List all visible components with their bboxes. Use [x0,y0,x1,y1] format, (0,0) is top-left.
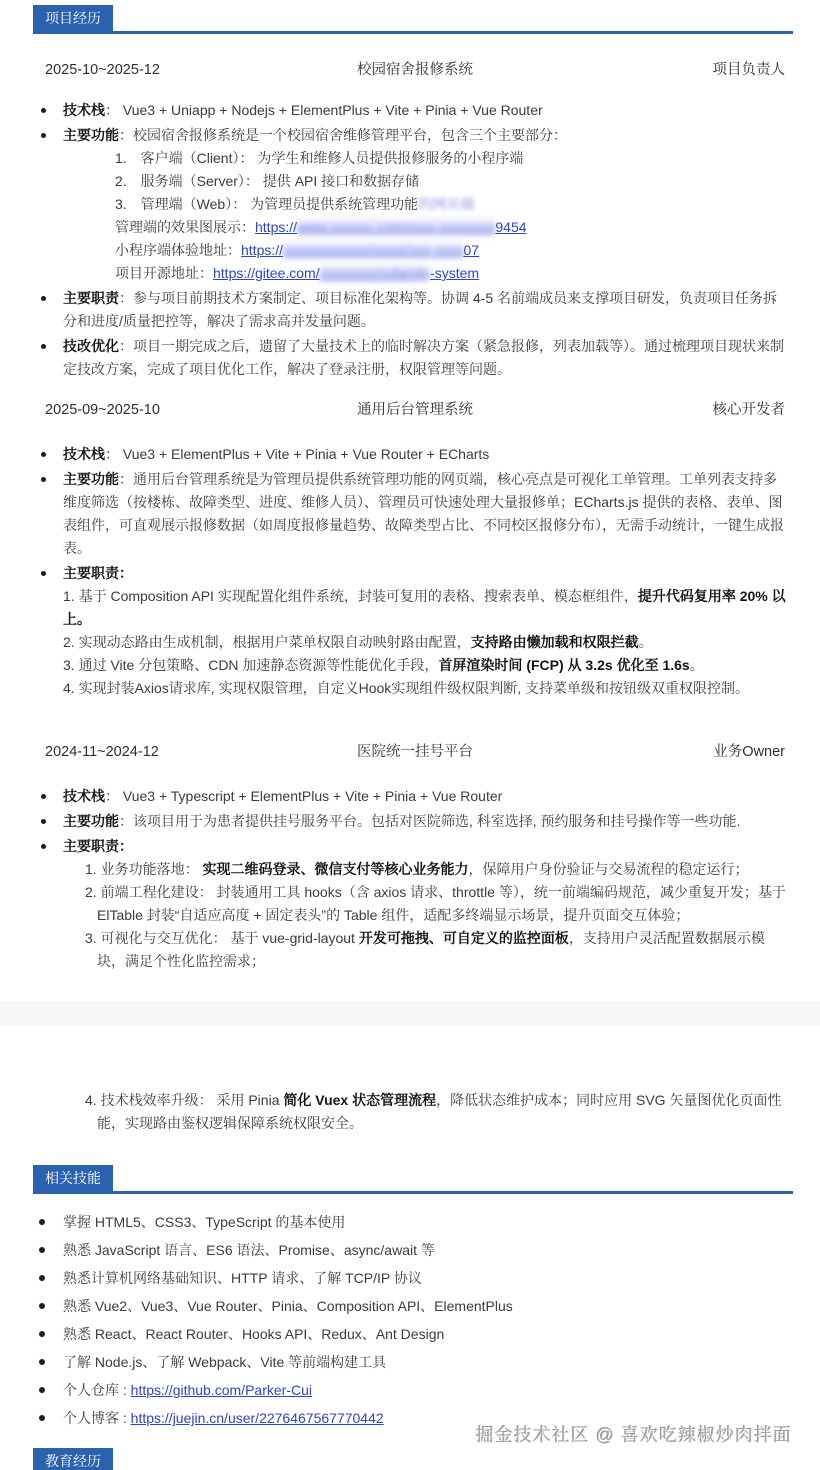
project1-role: 项目负责人 [561,58,785,79]
project1-title: 校园宿舍报修系统 [269,58,561,79]
miniapp-demo-link[interactable]: https://xxxxxxxxxxxx/xxxxx/xxx-xxxx07 [241,242,479,258]
opensource-link-line: 项目开源地址：https://gitee.com/xxxxxxxx/xxfami… [115,262,790,285]
duty-item-1: 1. 业务功能落地： 实现二维码登录、微信支付等核心业务能力，保障用户身份验证与… [85,858,790,881]
bullet-dot-icon [41,296,46,301]
skills-section-header: 相关技能 [33,1165,793,1194]
duty-label: 主要职责 [63,290,119,306]
project1-tech: 技术栈： Vue3 + Uniapp + Nodejs + ElementPlu… [63,99,790,122]
repo-label: 个人仓库 : [63,1382,131,1398]
tech-text: ： Vue3 + Typescript + ElementPlus + Vite… [105,788,502,804]
redacted-url-part: www.xxxxxx.com/xxxx-xxxxxxxx [297,219,495,235]
skills-section-badge: 相关技能 [33,1165,113,1191]
project3-duty-item-4: 4. 技术栈效率升级： 采用 Pinia 简化 Vuex 状态管理流程，降低状态… [85,1089,790,1135]
skill-item: 了解 Node.js、了解 Webpack、Vite 等前端构建工具 [63,1348,790,1376]
juejin-watermark: 掘金技术社区 @ 喜欢吃辣椒炒肉拌面 [476,1421,792,1447]
project3-features: 主要功能：该项目用于为患者提供挂号服务平台。包括对医院筛选, 科室选择, 预约服… [63,810,790,833]
projects-section-badge: 项目经历 [33,5,113,31]
github-profile-link[interactable]: https://github.com/Parker-Cui [131,1382,312,1398]
tech-text: ： Vue3 + ElementPlus + Vite + Pinia + Vu… [105,446,489,462]
project3-details: 技术栈： Vue3 + Typescript + ElementPlus + V… [63,785,790,973]
duty-item-3: 3. 通过 Vite 分包策略、CDN 加速静态资源等性能优化手段，首屏渲染时间… [63,654,790,677]
project2-title: 通用后台管理系统 [269,398,561,419]
features-text: ：该项目用于为患者提供挂号服务平台。包括对医院筛选, 科室选择, 预约服务和挂号… [119,813,740,829]
duty-item-4: 4. 实现封装Axios请求库, 实现权限管理，自定义Hook实现组件级权限判断… [63,677,790,700]
tech-label: 技术栈 [63,446,105,462]
bullet-dot-icon [41,344,46,349]
bullet-dot-icon [41,794,46,799]
bullet-dot-icon [41,108,46,113]
features-label: 主要功能 [63,813,119,829]
resume-page: 项目经历 2025-10~2025-12 校园宿舍报修系统 项目负责人 技术栈：… [0,0,820,1470]
feature-web: 3. 管理端（Web）： 为管理员提供系统管理功能的网页端 [115,193,790,216]
redacted-text: 的网页端 [418,196,474,212]
duty-item-2: 2. 前端工程化建设： 封装通用工具 hooks（含 axios 请求、thro… [85,881,790,927]
project1-feature-sublist: 1. 客户端（Client）： 为学生和维修人员提供报修服务的小程序端 2. 服… [115,147,790,285]
bullet-dot-icon [39,1415,45,1421]
duty-item-2: 2. 实现动态路由生成机制，根据用户菜单权限自动映射路由配置，支持路由懒加载和权… [63,631,790,654]
education-section-header: 教育经历 [33,1448,793,1470]
link-label: 小程序端体验地址： [115,242,241,258]
project1-header: 2025-10~2025-12 校园宿舍报修系统 项目负责人 [35,58,785,79]
feature-client: 1. 客户端（Client）： 为学生和维修人员提供报修服务的小程序端 [115,147,790,170]
project3-duty-list: 1. 业务功能落地： 实现二维码登录、微信支付等核心业务能力，保障用户身份验证与… [63,858,790,973]
project2-date: 2025-09~2025-10 [35,402,269,418]
project1-details: 技术栈： Vue3 + Uniapp + Nodejs + ElementPlu… [63,99,790,381]
feature-server: 2. 服务端（Server）： 提供 API 接口和数据存储 [115,170,790,193]
gitee-repo-link[interactable]: https://gitee.com/xxxxxxxx/xxfamily-syst… [213,265,479,281]
redacted-url-part: xxxxxxxxxxxx/xxxxx/xxx-xxxx [283,242,463,258]
duty-label: 主要职责 [63,838,119,854]
project1-optimization: 技改优化：项目一期完成之后，遗留了大量技术上的临时解决方案（紧急报修，列表加载等… [63,335,790,381]
skill-item-repo: 个人仓库 : https://github.com/Parker-Cui [63,1376,790,1404]
features-label: 主要功能 [63,471,119,487]
project3-duties: 主要职责： 1. 业务功能落地： 实现二维码登录、微信支付等核心业务能力，保障用… [63,835,790,973]
skill-item: 熟悉 Vue2、Vue3、Vue Router、Pinia、Compositio… [63,1292,790,1320]
features-label: 主要功能 [63,127,119,143]
project2-duty-list: 1. 基于 Composition API 实现配置化组件系统，封装可复用的表格… [63,585,790,700]
bullet-dot-icon [39,1247,45,1253]
project3-date: 2024-11~2024-12 [35,744,269,760]
juejin-blog-link[interactable]: https://juejin.cn/user/2276467567770442 [131,1410,384,1426]
blog-label: 个人博客 : [63,1410,131,1426]
bullet-dot-icon [39,1275,45,1281]
skills-list: 掌握 HTML5、CSS3、TypeScript 的基本使用 熟悉 JavaSc… [63,1208,790,1432]
bullet-dot-icon [39,1331,45,1337]
project3-title: 医院统一挂号平台 [269,740,561,761]
bullet-dot-icon [41,133,46,138]
project3-role: 业务Owner [561,740,785,761]
project1-duty: 主要职责：参与项目前期技术方案制定、项目标准化架构等。协调 4-5 名前端成员来… [63,287,790,333]
bullet-dot-icon [41,477,46,482]
education-section-badge: 教育经历 [33,1448,113,1470]
optimization-text: ：项目一期完成之后，遗留了大量技术上的临时解决方案（紧急报修，列表加载等）。通过… [63,338,784,377]
projects-section-header: 项目经历 [33,0,793,34]
duty-label: 主要职责 [63,565,119,581]
bullet-dot-icon [41,844,46,849]
page-break-band [0,1001,820,1025]
project1-features: 主要功能：校园宿舍报修系统是一个校园宿舍维修管理平台，包含三个主要部分： 1. … [63,124,790,285]
tech-label: 技术栈 [63,788,105,804]
skill-item: 掌握 HTML5、CSS3、TypeScript 的基本使用 [63,1208,790,1236]
tech-label: 技术栈 [63,102,105,118]
project2-tech: 技术栈： Vue3 + ElementPlus + Vite + Pinia +… [63,443,790,466]
tech-text: ： Vue3 + Uniapp + Nodejs + ElementPlus +… [105,102,543,118]
project2-duties: 主要职责： 1. 基于 Composition API 实现配置化组件系统，封装… [63,562,790,700]
project2-header: 2025-09~2025-10 通用后台管理系统 核心开发者 [35,398,785,419]
bullet-dot-icon [41,571,46,576]
duty-item-1: 1. 基于 Composition API 实现配置化组件系统，封装可复用的表格… [63,585,790,631]
project2-details: 技术栈： Vue3 + ElementPlus + Vite + Pinia +… [63,443,790,700]
project2-role: 核心开发者 [561,398,785,419]
project1-date: 2025-10~2025-12 [35,62,269,78]
skill-item: 熟悉计算机网络基础知识、HTTP 请求、了解 TCP/IP 协议 [63,1264,790,1292]
duty-item-3: 3. 可视化与交互优化： 基于 vue-grid-layout 开发可拖拽、可自… [85,927,790,973]
bullet-dot-icon [41,452,46,457]
features-text: ：通用后台管理系统是为管理员提供系统管理功能的网页端，核心亮点是可视化工单管理。… [63,471,784,556]
skill-item: 熟悉 JavaScript 语言、ES6 语法、Promise、async/aw… [63,1236,790,1264]
bullet-dot-icon [39,1219,45,1225]
bullet-dot-icon [41,819,46,824]
link-label: 项目开源地址： [115,265,213,281]
redacted-url-part: xxxxxxxx/xxfamily [320,265,430,281]
bullet-dot-icon [39,1303,45,1309]
duty-text: ：参与项目前期技术方案制定、项目标准化架构等。协调 4-5 名前端成员来支撑项目… [63,290,777,329]
bullet-dot-icon [39,1387,45,1393]
admin-demo-link[interactable]: https://www.xxxxxx.com/xxxx-xxxxxxxx9454 [255,219,527,235]
project3-header: 2024-11~2024-12 医院统一挂号平台 业务Owner [35,740,785,761]
optimization-label: 技改优化 [63,338,119,354]
skill-item: 熟悉 React、React Router、Hooks API、Redux、An… [63,1320,790,1348]
project2-features: 主要功能：通用后台管理系统是为管理员提供系统管理功能的网页端，核心亮点是可视化工… [63,468,790,560]
admin-demo-link-line: 管理端的效果图展示：https://www.xxxxxx.com/xxxx-xx… [115,216,790,239]
project3-tech: 技术栈： Vue3 + Typescript + ElementPlus + V… [63,785,790,808]
link-label: 管理端的效果图展示： [115,219,255,235]
bullet-dot-icon [39,1359,45,1365]
miniapp-link-line: 小程序端体验地址：https://xxxxxxxxxxxx/xxxxx/xxx-… [115,239,790,262]
features-intro: ：校园宿舍报修系统是一个校园宿舍维修管理平台，包含三个主要部分： [119,127,567,143]
